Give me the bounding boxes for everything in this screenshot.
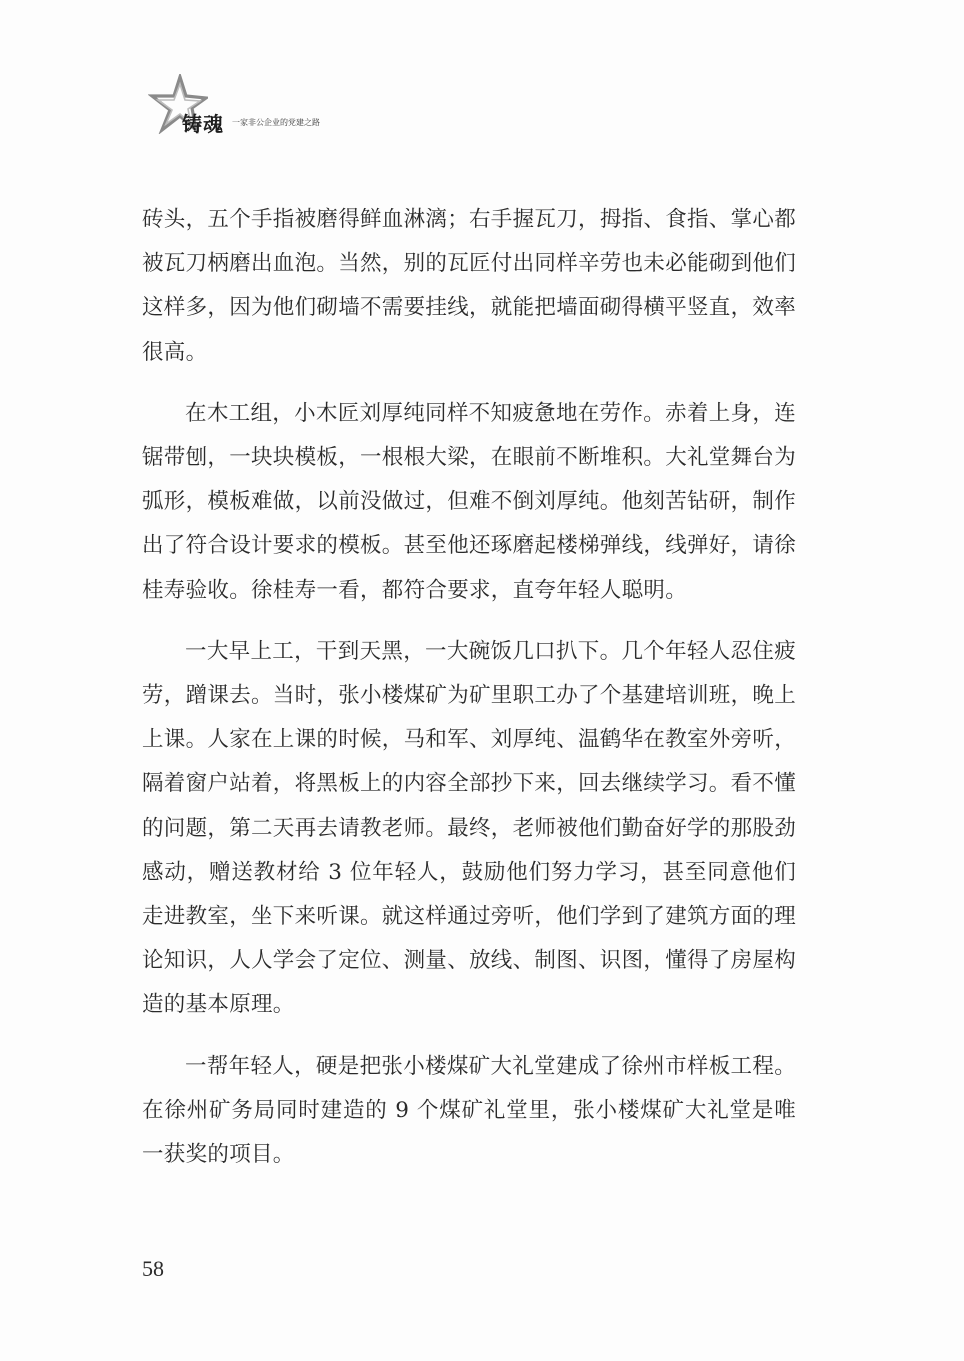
paragraph: 砖头，五个手指被磨得鲜血淋漓；右手握瓦刀，拇指、食指、掌心都被瓦刀柄磨出血泡。当… (142, 198, 796, 375)
paragraph: 一大早上工，干到天黑，一大碗饭几口扒下。几个年轻人忍住疲劳，蹭课去。当时，张小楼… (142, 630, 796, 1028)
running-header: 铸魂 一家非公企业的党建之路 (148, 74, 408, 134)
book-title: 铸魂 (182, 108, 224, 137)
paragraph: 一帮年轻人，硬是把张小楼煤矿大礼堂建成了徐州市样板工程。在徐州矿务局同时建造的 … (142, 1045, 796, 1178)
body-text: 砖头，五个手指被磨得鲜血淋漓；右手握瓦刀，拇指、食指、掌心都被瓦刀柄磨出血泡。当… (142, 198, 796, 1194)
page-number: 58 (142, 1256, 164, 1282)
book-subtitle: 一家非公企业的党建之路 (232, 117, 320, 128)
paragraph: 在木工组，小木匠刘厚纯同样不知疲惫地在劳作。赤着上身，连锯带刨，一块块模板，一根… (142, 392, 796, 613)
